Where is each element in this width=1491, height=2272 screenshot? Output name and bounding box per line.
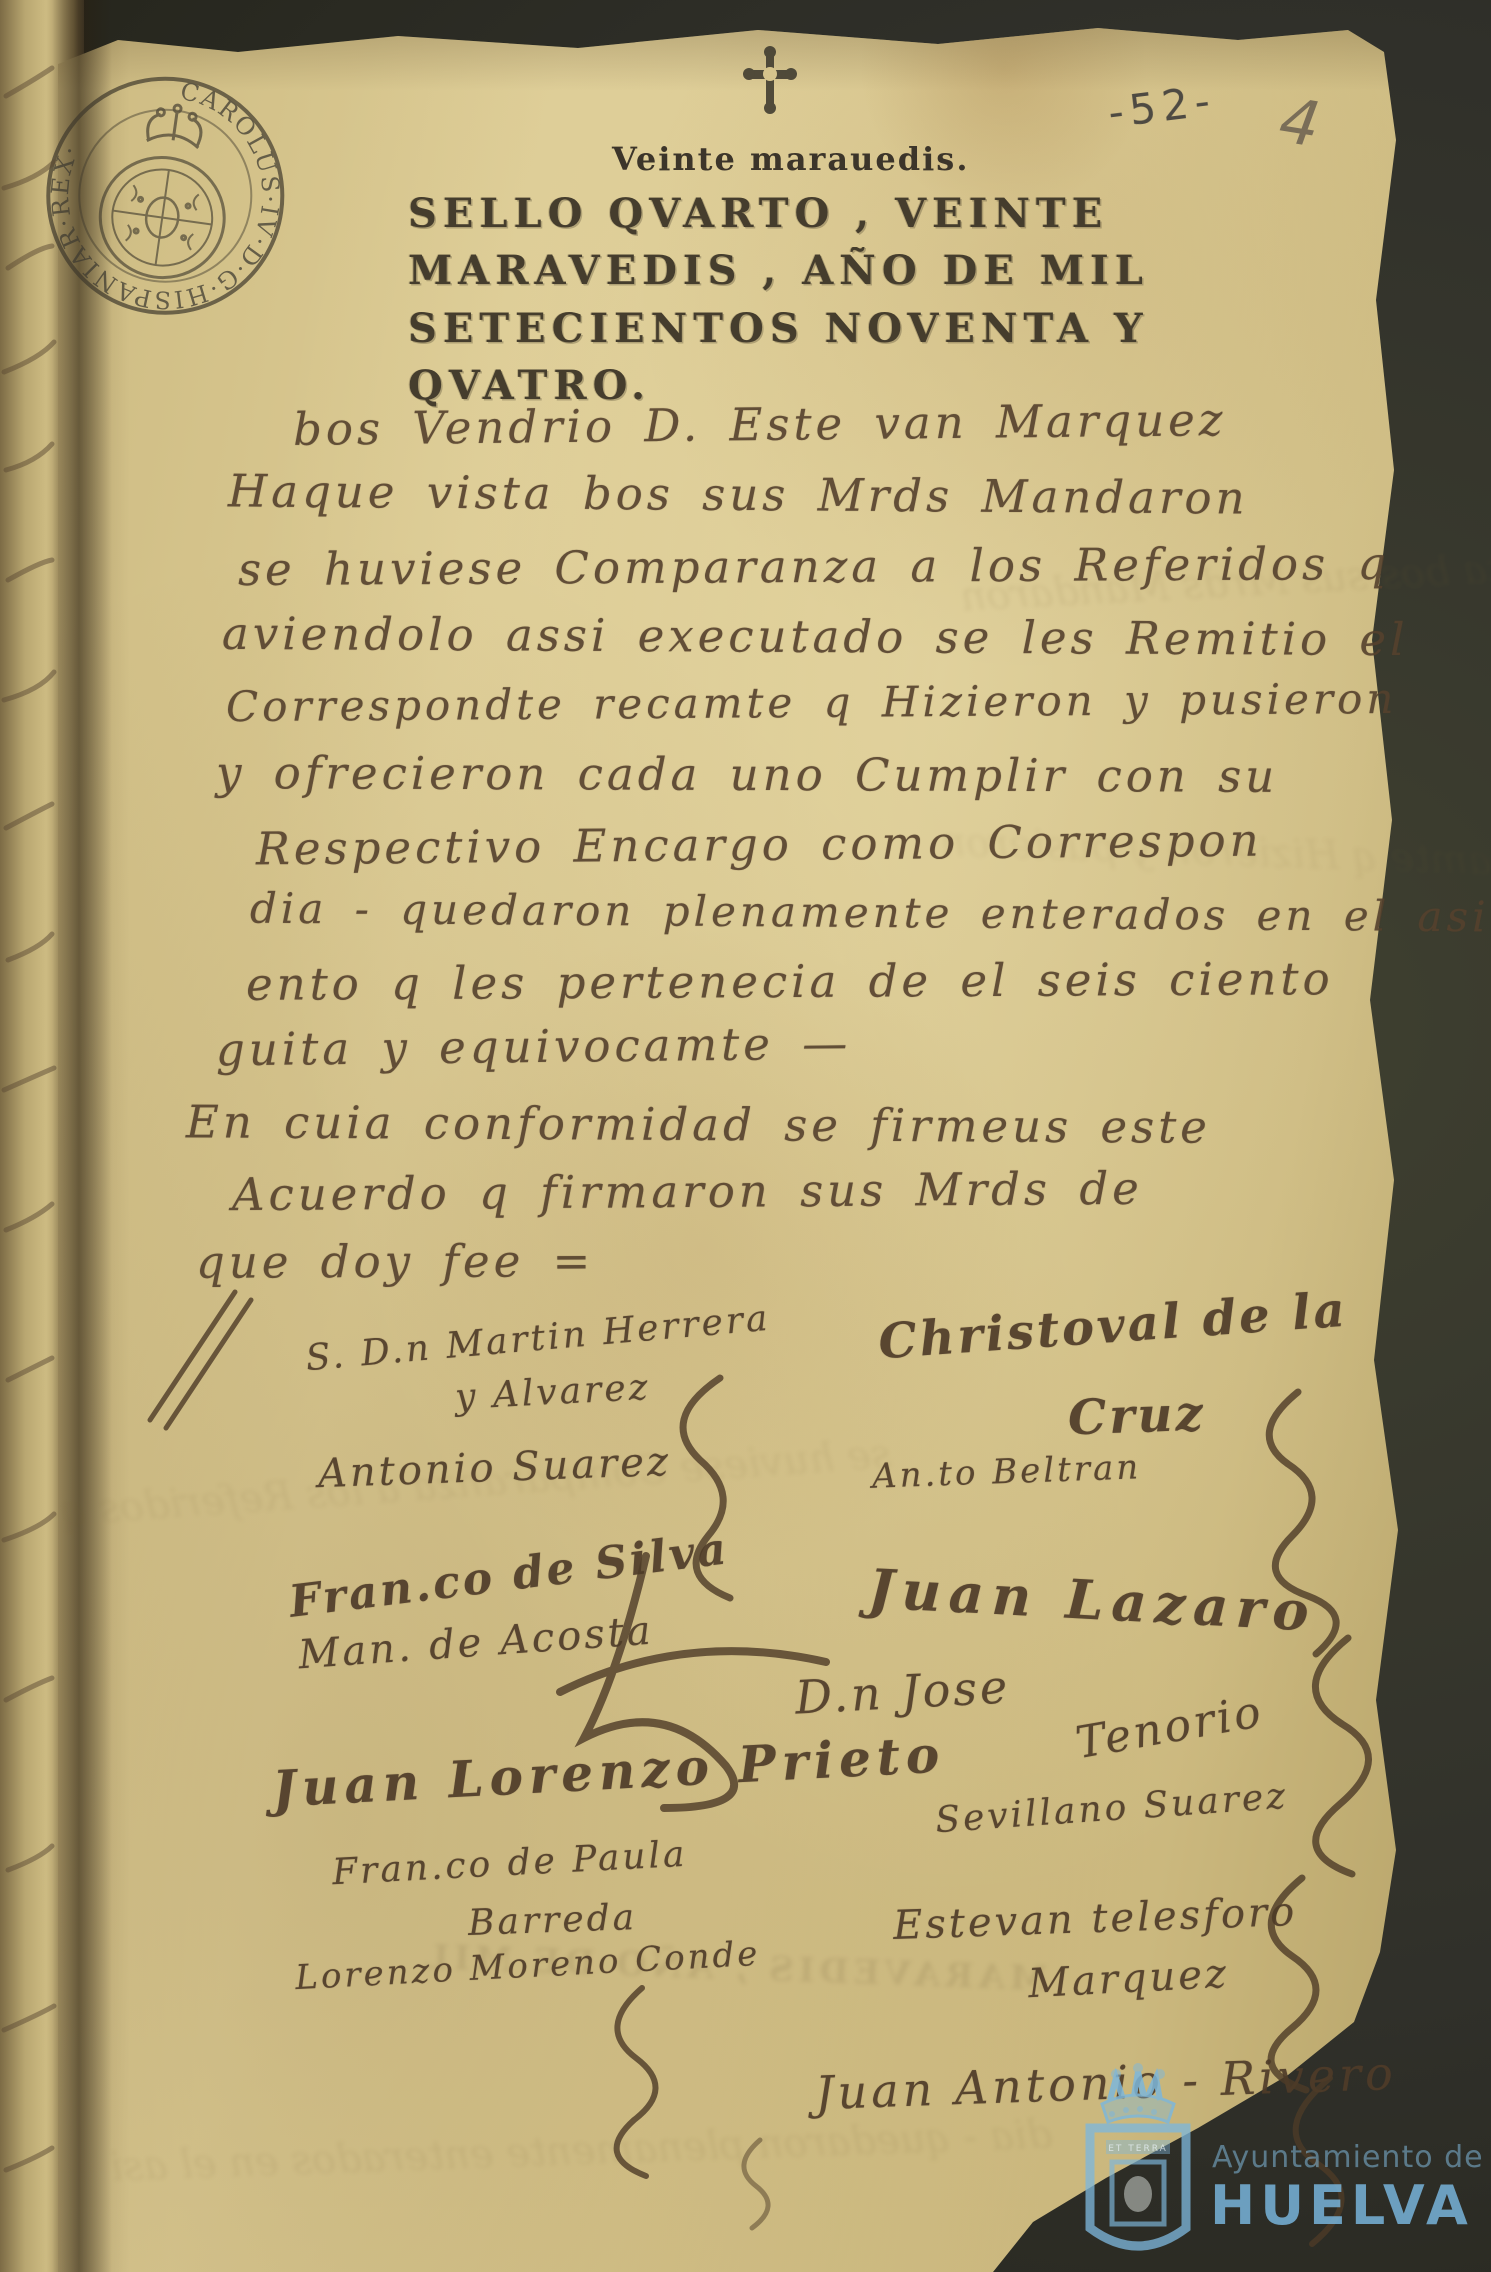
manuscript-line-10: guita y equivocamte — (216, 1017, 852, 1077)
crest-motto-text: ET TERRA (1108, 2144, 1168, 2154)
manuscript-line-7: Respectivo Encargo como Correspon (256, 814, 1263, 876)
royal-seal-stamp: CAROLUS·IV·D·G·HISPANIAR·REX· (25, 54, 308, 342)
manuscript-line-4: aviendolo assi executado se les Remitio … (222, 607, 1409, 666)
signature-barreda: Barreda (467, 1897, 637, 1944)
manuscript-line-1: bos Vendrio D. Este van Marquez (293, 393, 1227, 456)
crown-jewel (174, 105, 182, 113)
watermark-huelva-text: HUELVA (1210, 2174, 1473, 2237)
stamp-text-line-2: MARAVEDIS , AÑO DE MIL (408, 247, 1149, 294)
crown-knob (1155, 2069, 1165, 2079)
cross-fleury-glyph (743, 46, 797, 114)
manuscript-line-8: dia - quedaron plenamente enterados en e… (250, 884, 1490, 942)
signature-jose-tenorio: D.n Jose (794, 1659, 1012, 1724)
portal-arch-void (1124, 2176, 1152, 2212)
crown-pearl (1137, 2106, 1143, 2112)
crown-pearl (1109, 2111, 1115, 2117)
manuscript-line-3: se huviese Comparanza a los Referidos q (238, 537, 1391, 596)
huelva-crest-watermark: ET TERRA (1072, 2058, 1204, 2270)
manuscript-line-5: Correspondte recamte q Hizieron y pusier… (226, 674, 1398, 731)
shield-dot (181, 235, 186, 240)
tax-rate-heading: Veinte marauedis. (612, 140, 969, 178)
manuscript-line-2: Haque vista bos sus Mrds Mandaron (228, 464, 1249, 524)
binding-gutter-shadow (52, 0, 112, 2272)
manuscript-line-13: que doy fee = (196, 1234, 594, 1288)
crown-jewel (157, 108, 165, 116)
crown-knob (1133, 2063, 1143, 2073)
crown-jewel (189, 113, 197, 121)
scanned-manuscript-page: -52- 4 Veinte marauedis. SELLO QVARTO , … (0, 0, 1491, 2272)
manuscript-line-12: Acuerdo q firmaron sus Mrds de (232, 1162, 1143, 1221)
cross-knob (743, 68, 755, 80)
crest-crown (1102, 2063, 1174, 2122)
cross-center-void (763, 67, 777, 81)
manuscript-line-11: En cuia conformidad se firmeus este (186, 1095, 1211, 1153)
manuscript-line-9: ento q les pertenecia de el seis ciento (246, 952, 1334, 1011)
cross-knob (764, 46, 776, 58)
crest-graphics (1090, 2063, 1186, 2246)
printed-cross-ornament-icon (742, 44, 798, 116)
shield-dot (186, 204, 191, 209)
shield-dot (138, 197, 143, 202)
crown-pearl (1123, 2107, 1129, 2113)
signature-christoval-cruz-2: Cruz (1067, 1386, 1207, 1447)
stamp-text-line-1: SELLO QVARTO , VEINTE (408, 190, 1108, 237)
watermark-ayuntamiento-text: Ayuntamiento de (1212, 2140, 1484, 2175)
cross-knob (785, 68, 797, 80)
cross-knob (764, 102, 776, 114)
crown-knob (1111, 2069, 1121, 2079)
crown-pearl (1151, 2109, 1157, 2115)
stamp-text-line-3: SETECIENTOS NOVENTA Y (408, 305, 1149, 352)
shield-dot (134, 229, 139, 234)
manuscript-line-6: y ofrecieron cada uno Cumplir con su (216, 746, 1278, 803)
shield-quartering (106, 163, 218, 272)
